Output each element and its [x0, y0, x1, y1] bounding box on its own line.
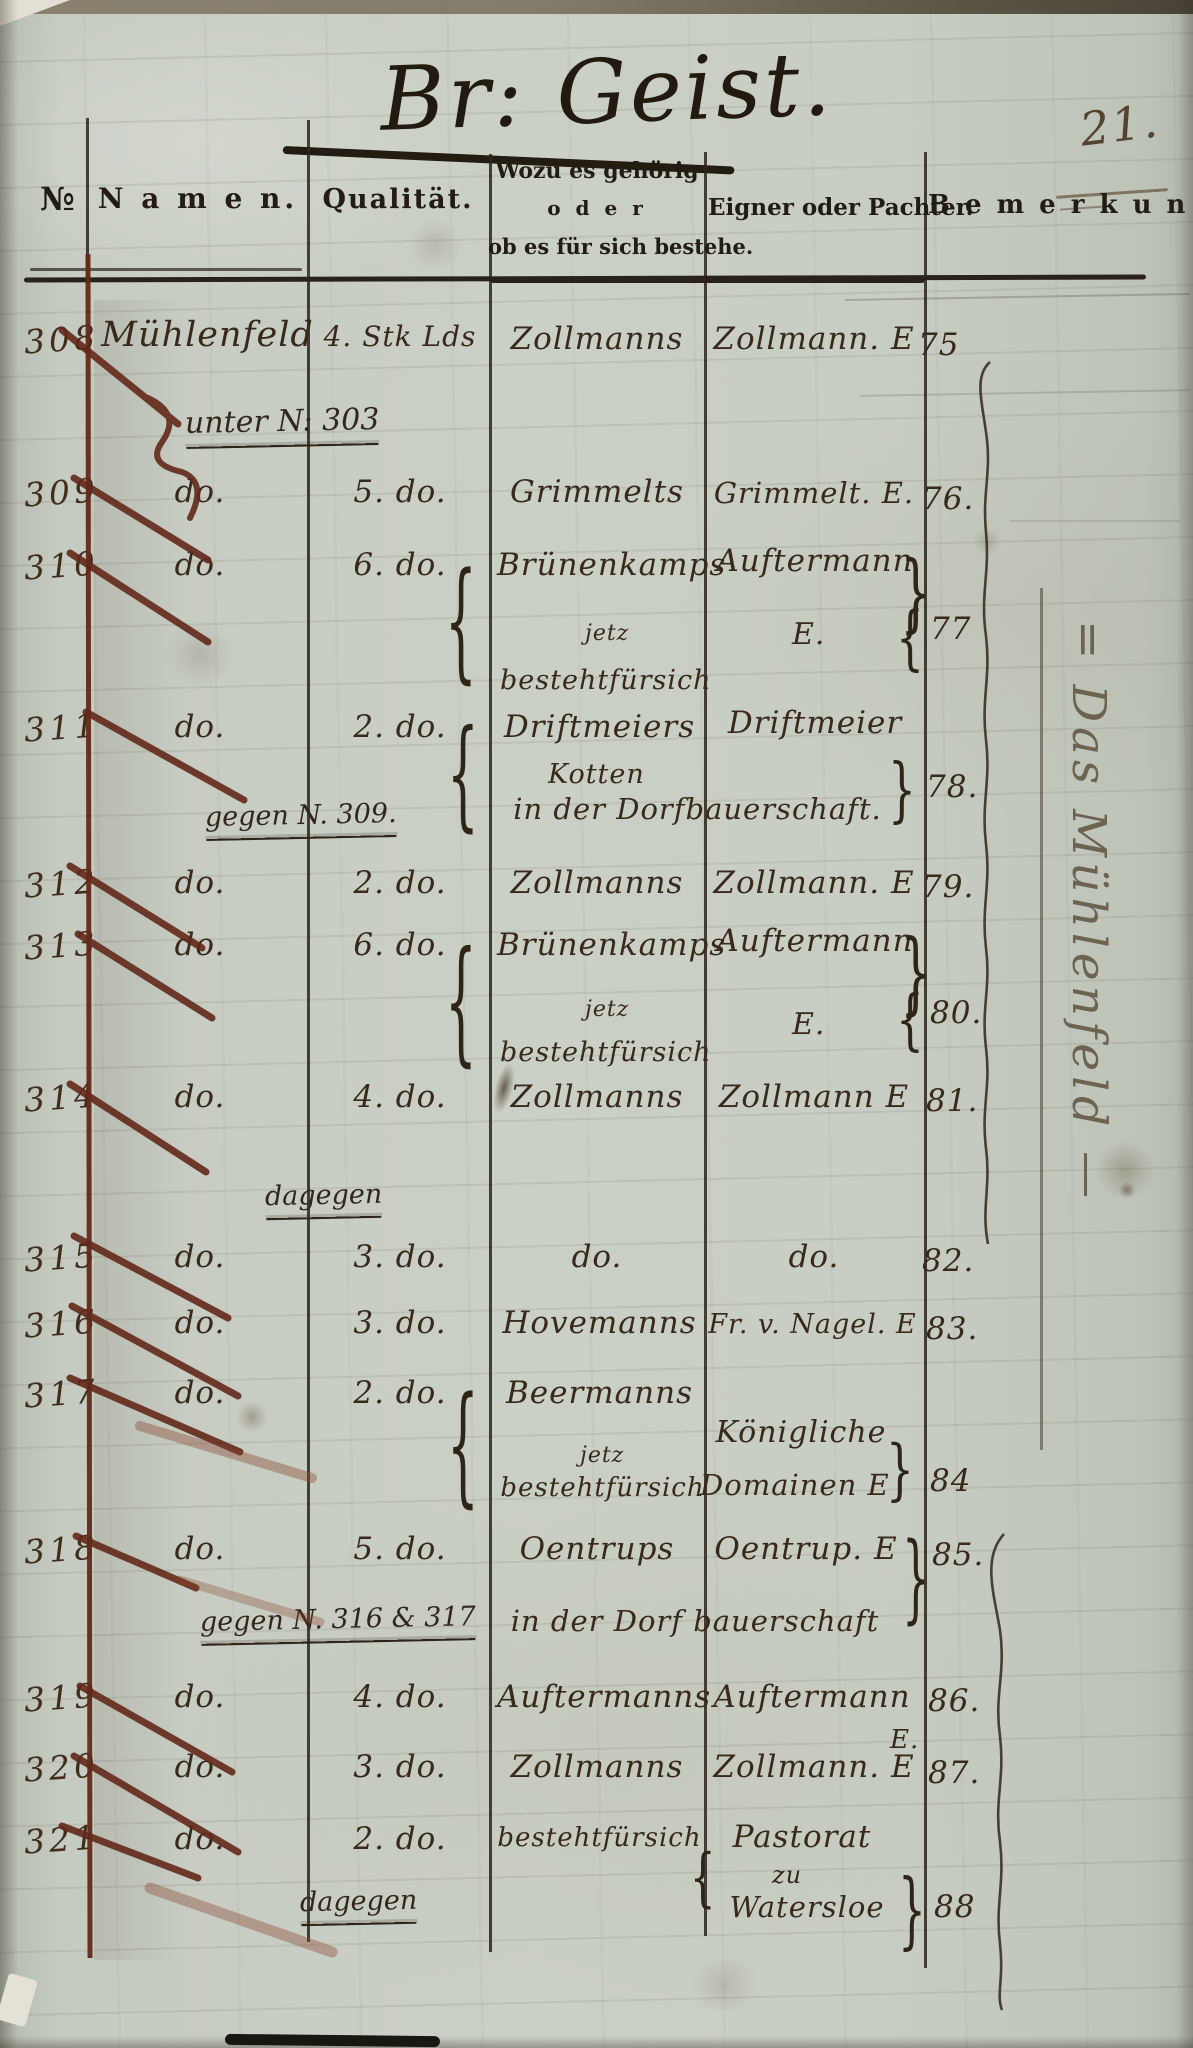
stain — [400, 220, 470, 270]
page-edge-left — [0, 0, 18, 2048]
cell-remark: 81. — [926, 1084, 978, 1118]
row-number: 310 — [23, 545, 100, 586]
margin-note: = Das Mühlenfeld — — [1061, 620, 1116, 1203]
column-header-no: № — [40, 180, 75, 218]
cell-name: Mühlenfeld — [100, 316, 315, 355]
cell-purpose: Grimmelts — [497, 475, 697, 509]
cell-remark: 76. — [922, 482, 974, 516]
row-number: 321 — [23, 1819, 100, 1860]
column-divider-owner — [924, 152, 927, 1968]
column-header-remark: B e m e r k u n g. — [928, 190, 1178, 220]
cell-quality: 3. do. — [316, 1240, 484, 1274]
cell-purpose-line2: Kotten — [548, 760, 645, 790]
cell-owner: Zollmann. E — [708, 322, 920, 356]
column-header-quality: Qualität. — [310, 184, 486, 215]
row-note: dagegen — [265, 1179, 383, 1218]
brace-mark: { — [445, 934, 477, 1069]
column-header-purpose-line3: ob es für sich bestehe. — [488, 234, 706, 259]
cell-remark: 78. — [926, 770, 978, 804]
cell-purpose: Brünenkamps — [497, 928, 702, 962]
cell-owner: Oentrup. E — [706, 1532, 906, 1566]
stain — [680, 1960, 770, 2010]
brace-mark: { — [447, 714, 479, 834]
cell-name: do. — [120, 710, 280, 744]
page-number: 21. — [1077, 93, 1162, 156]
cell-owner: Zollmann. E — [708, 866, 920, 900]
cell-purpose: Zollmanns — [497, 1750, 697, 1784]
row-note: gegen N. 316 & 317 — [200, 1601, 477, 1644]
cell-purpose: Hovemanns — [497, 1306, 702, 1340]
cell-name: do. — [120, 1306, 280, 1340]
cell-quality: 2. do. — [316, 1822, 484, 1856]
cell-owner: Pastorat — [712, 1820, 892, 1854]
page-edge-bottom — [0, 2036, 1193, 2048]
cell-quality: 4. Stk Lds — [312, 322, 488, 353]
cell-name: do. — [120, 1080, 280, 1114]
row-number: 312 — [23, 863, 100, 904]
cell-owner-line2: E. — [792, 618, 825, 651]
cell-remark: 82. — [922, 1244, 974, 1278]
brace-mark: { — [896, 604, 924, 674]
cell-purpose-line3: bestehtfürsich — [500, 1038, 705, 1068]
scratch-line — [1010, 520, 1180, 522]
cell-purpose: Driftmeiers — [497, 710, 702, 744]
brace-mark: } — [888, 756, 916, 826]
row-note: gegen N. 309. — [205, 798, 397, 839]
paper-tear-speck — [0, 1973, 38, 2027]
brace-mark: { — [896, 988, 924, 1054]
cell-name: do. — [120, 1750, 280, 1784]
cell-owner: Grimmelt. E. — [708, 478, 920, 510]
cell-purpose-line3: bestehtfürsich — [500, 1474, 705, 1503]
cell-owner-line3: Watersloe — [712, 1892, 902, 1924]
cell-purpose: Oentrups — [497, 1532, 697, 1566]
cell-remark: 83. — [926, 1312, 978, 1346]
column-divider-name — [307, 120, 310, 1942]
scratch-line — [860, 389, 1190, 397]
cell-owner: Königliche — [706, 1416, 896, 1449]
cell-purpose: Beermanns — [497, 1376, 702, 1410]
cell-remark: 77 — [930, 612, 971, 646]
row-number: 320 — [23, 1747, 100, 1788]
cell-remark: 84 — [930, 1464, 971, 1498]
column-divider-quality — [489, 154, 492, 1952]
cell-remark: 75 — [918, 328, 959, 362]
cell-remark: 85. — [932, 1538, 984, 1572]
row-number: 314 — [23, 1077, 100, 1118]
row-number: 309 — [23, 472, 100, 513]
stain — [1118, 1182, 1136, 1198]
stain — [970, 528, 1004, 556]
cell-quality: 2. do. — [316, 866, 484, 900]
cell-purpose: Auftermanns — [497, 1680, 702, 1714]
row-number: 316 — [23, 1303, 100, 1344]
cell-owner-line2: zu — [772, 1862, 802, 1888]
cell-remark: 86. — [928, 1684, 980, 1718]
brace-mark: { — [445, 556, 477, 686]
page-edge-right — [1177, 0, 1193, 2048]
cell-remark: 87. — [928, 1756, 980, 1790]
cell-purpose-line2: in der Dorf bauerschaft — [500, 1606, 890, 1638]
cell-quality: 5. do. — [316, 1532, 484, 1566]
column-divider-no — [86, 118, 89, 284]
scan-background-sliver — [225, 2034, 440, 2047]
column-header-purpose-line2: o d e r — [492, 196, 702, 220]
cell-quality: 4. do. — [316, 1680, 484, 1714]
cell-owner: Auftermann — [710, 924, 920, 958]
row-note: unter N: 303 — [185, 402, 380, 447]
cell-owner: Zollmann E — [708, 1080, 920, 1114]
cell-purpose: Brünenkamps — [497, 548, 702, 582]
row-number: 318 — [23, 1529, 100, 1570]
column-header-name: N a m e n. — [96, 182, 300, 215]
cell-purpose: Zollmanns — [497, 322, 697, 356]
cell-owner: Auftermann — [710, 544, 920, 578]
header-rule-thick — [490, 277, 925, 283]
row-note: dagegen — [300, 1885, 418, 1924]
cell-name: do. — [120, 1376, 280, 1410]
cell-purpose-line3: in der Dorfbauerschaft. — [500, 794, 895, 826]
cell-name: do. — [120, 1822, 280, 1856]
margin-note-underline — [1040, 588, 1043, 1450]
cell-name: do. — [120, 866, 280, 900]
brace-mark: } — [886, 1438, 914, 1504]
page-edge-top — [0, 0, 1193, 14]
brace-mark: { — [447, 1380, 479, 1510]
column-header-owner: Eigner oder Pachter. — [708, 194, 922, 221]
cell-owner: Zollmann. E — [708, 1750, 920, 1784]
column-header-purpose-line1: Wozu es gehörig — [492, 158, 702, 184]
cell-name: do. — [120, 1680, 280, 1714]
row-number: 311 — [23, 707, 100, 748]
cell-purpose-line2: jetz — [585, 622, 629, 646]
cell-quality: 4. do. — [316, 1080, 484, 1114]
row-number: 317 — [23, 1373, 100, 1414]
cell-purpose-line2: jetz — [585, 998, 629, 1022]
register-page: 21. Br: Geist. № N a m e n. Qualität. Wo… — [0, 0, 1193, 2048]
page-title: Br: Geist. — [378, 32, 835, 151]
scratch-line — [845, 293, 1190, 301]
cell-remark: 79. — [922, 870, 974, 904]
cell-owner: Fr. v. Nagel. E — [700, 1310, 925, 1340]
brace-mark: } — [898, 1870, 926, 1954]
cell-owner: Auftermann — [706, 1680, 918, 1714]
row-number: 315 — [23, 1237, 100, 1278]
cell-name: do. — [120, 1532, 280, 1566]
brace-mark: } — [902, 1532, 930, 1629]
cell-purpose: Zollmanns — [497, 866, 697, 900]
cell-quality: 3. do. — [316, 1306, 484, 1340]
cell-name: do. — [120, 928, 280, 962]
cell-owner-line2: E. — [792, 1008, 825, 1041]
brace-mark: { — [690, 1846, 715, 1910]
header-rule-echo — [30, 268, 302, 271]
cell-purpose-line2: jetz — [580, 1444, 624, 1468]
cell-remark: 80. — [930, 996, 982, 1030]
cell-name: do. — [120, 548, 280, 582]
row-number: 313 — [23, 925, 100, 966]
cell-name: do. — [120, 1240, 280, 1274]
cell-remark: 88 — [934, 1890, 975, 1924]
cell-owner: Driftmeier — [710, 706, 920, 740]
cell-purpose: do. — [497, 1240, 697, 1274]
row-number: 319 — [23, 1677, 100, 1718]
cell-purpose: Zollmanns — [497, 1080, 697, 1114]
cell-quality: 5. do. — [316, 475, 484, 509]
cell-name: do. — [120, 475, 280, 509]
cell-owner-line2: Domainen E — [700, 1470, 885, 1502]
cell-purpose: bestehtfürsich — [497, 1824, 702, 1853]
row-number: 308 — [23, 319, 100, 360]
cell-owner: do. — [708, 1240, 920, 1274]
cell-purpose-line3: bestehtfürsich — [500, 666, 705, 696]
long-brace-marks — [980, 362, 1004, 2010]
cell-quality: 3. do. — [316, 1750, 484, 1784]
